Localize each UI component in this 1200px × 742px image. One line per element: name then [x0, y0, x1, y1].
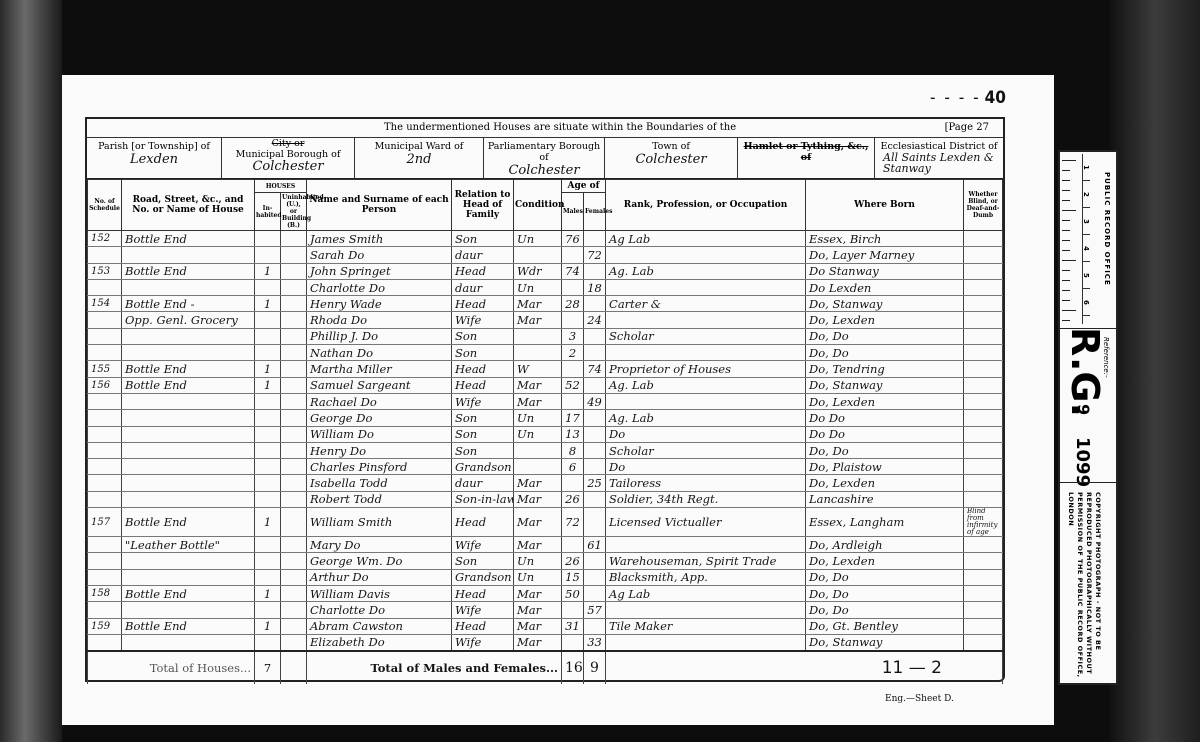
scan-edge-left	[0, 0, 62, 742]
cell-disability	[964, 426, 1003, 442]
cell-relation: Head	[452, 618, 514, 634]
cell-condition: Mar	[514, 537, 562, 553]
census-table: No. of Schedule Road, Street, &c., and N…	[87, 179, 1003, 684]
col-houses: HOUSES	[255, 180, 307, 193]
cell-relation: Head	[452, 377, 514, 393]
table-row: 158Bottle End1William DavisHeadMar50Ag L…	[88, 585, 1003, 601]
cell-male: 17	[562, 410, 584, 426]
cell-condition: W	[514, 361, 562, 377]
cell-name: Rhoda Do	[307, 312, 452, 328]
ruler-tick	[1062, 300, 1070, 301]
cell-relation: Head	[452, 296, 514, 312]
cell-uninhabited	[281, 634, 307, 651]
cell-condition: Mar	[514, 634, 562, 651]
cell-relation: Wife	[452, 537, 514, 553]
cell-male: 28	[562, 296, 584, 312]
cell-address	[122, 475, 255, 491]
ruler-tick	[1062, 220, 1070, 221]
cell-male	[562, 634, 584, 651]
cell-female	[584, 263, 606, 279]
census-form: The undermentioned Houses are situate wi…	[85, 117, 1005, 682]
cell-address	[122, 553, 255, 569]
cell-female: 25	[584, 475, 606, 491]
ruler-scale	[1062, 154, 1083, 324]
cell-male	[562, 247, 584, 263]
cell-inhabited	[255, 328, 281, 344]
col-relation: Relation to Head of Family	[452, 180, 514, 231]
cell-occupation: Scholar	[606, 328, 806, 344]
cell-occupation	[606, 634, 806, 651]
cell-address	[122, 459, 255, 475]
census-rows: 152Bottle EndJames SmithSonUn76Ag LabEss…	[88, 231, 1003, 652]
cell-male: 2	[562, 345, 584, 361]
cell-female: 33	[584, 634, 606, 651]
cell-male: 13	[562, 426, 584, 442]
ruler-cell: 4	[1082, 235, 1090, 262]
cell-uninhabited	[281, 569, 307, 585]
cell-inhabited	[255, 426, 281, 442]
cell-condition: Mar	[514, 312, 562, 328]
table-row: George DoSonUn17Ag. LabDo Do	[88, 410, 1003, 426]
ruler-cm-boxes: 123456	[1082, 154, 1100, 324]
series-number: 9	[1074, 404, 1093, 415]
cell-condition: Mar	[514, 618, 562, 634]
cell-female	[584, 410, 606, 426]
cell-male	[562, 312, 584, 328]
cell-occupation: Proprietor of Houses	[606, 361, 806, 377]
cell-disability	[964, 618, 1003, 634]
cell-female: 72	[584, 247, 606, 263]
table-row: Phillip J. DoSon3ScholarDo, Do	[88, 328, 1003, 344]
cell-born: Do, Do	[806, 328, 964, 344]
cell-male: 3	[562, 328, 584, 344]
cell-male	[562, 393, 584, 409]
cell-address	[122, 328, 255, 344]
reference-strip: 123456 PUBLIC RECORD OFFICE R.G. Referen…	[1058, 150, 1118, 685]
cell-condition: Un	[514, 569, 562, 585]
cell-female	[584, 618, 606, 634]
page-label: [Page 27	[945, 122, 989, 133]
cell-male	[562, 279, 584, 295]
table-row: Arthur DoGrandsonUn15Blacksmith, App.Do,…	[88, 569, 1003, 585]
cell-schedule: 155	[88, 361, 122, 377]
cell-uninhabited	[281, 247, 307, 263]
cell-inhabited	[255, 410, 281, 426]
cell-born: Essex, Langham	[806, 508, 964, 537]
cell-uninhabited	[281, 231, 307, 247]
cell-name: Henry Wade	[307, 296, 452, 312]
cell-relation: Wife	[452, 393, 514, 409]
cell-occupation: Do	[606, 426, 806, 442]
table-row: 155Bottle End1Martha MillerHeadW74Propri…	[88, 361, 1003, 377]
cell-condition: Mar	[514, 475, 562, 491]
cell-inhabited: 1	[255, 618, 281, 634]
col-uninhabited: Uninhabited (U.), or Building (B.)	[281, 193, 307, 231]
col-condition: Condition	[514, 180, 562, 231]
cell-born: Do, Do	[806, 345, 964, 361]
cell-uninhabited	[281, 553, 307, 569]
boundary-parish: Parish [or Township] of Lexden	[87, 138, 222, 178]
cell-female: 18	[584, 279, 606, 295]
cell-inhabited	[255, 569, 281, 585]
ruler-tick	[1062, 180, 1070, 181]
ruler-tick	[1062, 210, 1076, 211]
form-title-row: The undermentioned Houses are situate wi…	[87, 119, 1003, 138]
cell-condition: Mar	[514, 377, 562, 393]
cell-inhabited	[255, 442, 281, 458]
table-row: 153Bottle End1John SpringetHeadWdr74Ag. …	[88, 263, 1003, 279]
cell-relation: daur	[452, 247, 514, 263]
cell-disability	[964, 475, 1003, 491]
cell-inhabited: 1	[255, 508, 281, 537]
cell-name: Charlotte Do	[307, 279, 452, 295]
cell-inhabited	[255, 475, 281, 491]
cell-condition	[514, 328, 562, 344]
col-males: Males	[562, 193, 584, 231]
cell-female	[584, 508, 606, 537]
ruler-cell: 3	[1082, 208, 1090, 235]
cell-disability	[964, 537, 1003, 553]
table-row: 154Bottle End -1Henry WadeHeadMar28Carte…	[88, 296, 1003, 312]
cell-disability	[964, 312, 1003, 328]
table-row: "Leather Bottle"Mary DoWifeMar61Do, Ardl…	[88, 537, 1003, 553]
cell-address: Bottle End	[122, 231, 255, 247]
ruler-tick	[1062, 250, 1070, 251]
cell-name: Abram Cawston	[307, 618, 452, 634]
public-record-office-label: PUBLIC RECORD OFFICE	[1103, 172, 1111, 286]
ruler-tick	[1062, 160, 1076, 161]
cell-born: Do Do	[806, 410, 964, 426]
cell-address: Bottle End -	[122, 296, 255, 312]
cell-name: Phillip J. Do	[307, 328, 452, 344]
cell-born: Do, Tendring	[806, 361, 964, 377]
cell-inhabited	[255, 312, 281, 328]
cell-occupation: Tailoress	[606, 475, 806, 491]
cell-born: Do, Plaistow	[806, 459, 964, 475]
ruler-cell: 2	[1082, 181, 1090, 208]
cell-condition: Un	[514, 279, 562, 295]
cell-disability	[964, 410, 1003, 426]
col-schedule: No. of Schedule	[88, 180, 122, 231]
cell-name: Mary Do	[307, 537, 452, 553]
ruler-tick	[1062, 270, 1070, 271]
total-persons-label: Total of Males and Females...	[307, 651, 562, 684]
cell-condition: Mar	[514, 296, 562, 312]
header-statement: The undermentioned Houses are situate wi…	[384, 122, 736, 133]
sheet-footer: Eng.—Sheet D.	[885, 694, 954, 704]
cell-occupation: Do	[606, 459, 806, 475]
cell-schedule	[88, 491, 122, 507]
cell-disability	[964, 247, 1003, 263]
cell-male: 50	[562, 585, 584, 601]
cell-condition	[514, 247, 562, 263]
cell-relation: Wife	[452, 634, 514, 651]
ruler-tick	[1062, 200, 1070, 201]
cell-uninhabited	[281, 475, 307, 491]
cell-occupation: Blacksmith, App.	[606, 569, 806, 585]
cell-name: Sarah Do	[307, 247, 452, 263]
cell-male: 52	[562, 377, 584, 393]
cell-address	[122, 602, 255, 618]
cell-schedule	[88, 553, 122, 569]
totals-row: Total of Houses... 7 Total of Males and …	[88, 651, 1003, 684]
cell-female: 49	[584, 393, 606, 409]
column-header-row: No. of Schedule Road, Street, &c., and N…	[88, 180, 1003, 193]
cell-address	[122, 442, 255, 458]
cell-schedule	[88, 634, 122, 651]
cell-occupation	[606, 393, 806, 409]
cell-inhabited	[255, 553, 281, 569]
col-age: Age of	[562, 180, 606, 193]
cell-occupation: Ag Lab	[606, 231, 806, 247]
cell-uninhabited	[281, 602, 307, 618]
cell-condition: Mar	[514, 491, 562, 507]
cell-disability	[964, 263, 1003, 279]
boundary-hamlet: Hamlet or Tything, &c., of	[738, 138, 875, 178]
cell-occupation	[606, 537, 806, 553]
cell-inhabited	[255, 491, 281, 507]
cell-schedule	[88, 537, 122, 553]
copyright-notice: COPYRIGHT PHOTOGRAPH - NOT TO BE REPRODU…	[1066, 492, 1102, 683]
col-occupation: Rank, Profession, or Occupation	[606, 180, 806, 231]
ruler-tick	[1062, 170, 1070, 171]
cell-disability	[964, 345, 1003, 361]
cell-inhabited	[255, 602, 281, 618]
cell-female	[584, 328, 606, 344]
boundary-municipal-ward: Municipal Ward of 2nd	[355, 138, 484, 178]
cell-male: 31	[562, 618, 584, 634]
cell-relation: Son	[452, 410, 514, 426]
cell-schedule: 159	[88, 618, 122, 634]
cell-uninhabited	[281, 279, 307, 295]
cell-name: John Springet	[307, 263, 452, 279]
cell-disability	[964, 328, 1003, 344]
cell-uninhabited	[281, 377, 307, 393]
cell-schedule	[88, 247, 122, 263]
cell-born: Do, Ardleigh	[806, 537, 964, 553]
cell-inhabited	[255, 279, 281, 295]
cell-address: Bottle End	[122, 618, 255, 634]
ruler-tick	[1062, 280, 1070, 281]
total-males: 16	[562, 651, 584, 684]
cell-relation: Head	[452, 361, 514, 377]
col-females: Females	[584, 193, 606, 231]
cell-address: Bottle End	[122, 377, 255, 393]
cell-inhabited: 1	[255, 585, 281, 601]
ruler-cell: 1	[1082, 154, 1090, 181]
cell-inhabited	[255, 247, 281, 263]
cell-condition: Un	[514, 426, 562, 442]
table-row: Charlotte DoWifeMar57Do, Do	[88, 602, 1003, 618]
total-houses-value: 7	[255, 651, 281, 684]
cell-disability: Blind from infirmity of age	[964, 508, 1003, 537]
cell-occupation: Licensed Victualler	[606, 508, 806, 537]
cell-name: Isabella Todd	[307, 475, 452, 491]
cell-name: Charlotte Do	[307, 602, 452, 618]
col-inhabited: In-habited	[255, 193, 281, 231]
col-disability: Whether Blind, or Deaf-and-Dumb	[964, 180, 1003, 231]
table-row: George Wm. DoSonUn26Warehouseman, Spirit…	[88, 553, 1003, 569]
cell-uninhabited	[281, 328, 307, 344]
cell-address: Bottle End	[122, 263, 255, 279]
cell-occupation: Warehouseman, Spirit Trade	[606, 553, 806, 569]
cell-female	[584, 426, 606, 442]
table-row: 156Bottle End1Samuel SargeantHeadMar52Ag…	[88, 377, 1003, 393]
cell-name: Martha Miller	[307, 361, 452, 377]
cell-schedule	[88, 602, 122, 618]
cell-relation: Son	[452, 553, 514, 569]
cell-address: Opp. Genl. Grocery	[122, 312, 255, 328]
ruler-tick	[1062, 320, 1070, 321]
cell-male	[562, 602, 584, 618]
cell-male	[562, 537, 584, 553]
cell-inhabited: 1	[255, 361, 281, 377]
cell-female: 74	[584, 361, 606, 377]
cell-uninhabited	[281, 296, 307, 312]
cell-condition	[514, 345, 562, 361]
cell-disability	[964, 553, 1003, 569]
cell-inhabited	[255, 537, 281, 553]
cell-inhabited: 1	[255, 263, 281, 279]
total-females: 9	[584, 651, 606, 684]
cell-condition: Mar	[514, 393, 562, 409]
cell-name: James Smith	[307, 231, 452, 247]
cell-born: Essex, Birch	[806, 231, 964, 247]
cell-inhabited: 1	[255, 296, 281, 312]
boundary-ecclesiastical-district: Ecclesiastical District of All Saints Le…	[875, 138, 1003, 178]
cell-occupation	[606, 247, 806, 263]
cell-disability	[964, 459, 1003, 475]
cell-name: William Do	[307, 426, 452, 442]
cell-female: 61	[584, 537, 606, 553]
cell-name: Rachael Do	[307, 393, 452, 409]
cell-name: Charles Pinsford	[307, 459, 452, 475]
table-row: Elizabeth DoWifeMar33Do, Stanway	[88, 634, 1003, 651]
cell-occupation	[606, 279, 806, 295]
cell-relation: Son	[452, 345, 514, 361]
cell-relation: Son-in-law	[452, 491, 514, 507]
cell-born: Do, Lexden	[806, 393, 964, 409]
cell-relation: daur	[452, 475, 514, 491]
cell-uninhabited	[281, 537, 307, 553]
cell-female	[584, 377, 606, 393]
table-row: Henry DoSon8ScholarDo, Do	[88, 442, 1003, 458]
cell-occupation	[606, 312, 806, 328]
cell-born: Do Lexden	[806, 279, 964, 295]
cell-relation: Son	[452, 231, 514, 247]
cell-relation: Wife	[452, 312, 514, 328]
cell-name: Nathan Do	[307, 345, 452, 361]
cell-born: Lancashire	[806, 491, 964, 507]
cell-male: 8	[562, 442, 584, 458]
cell-address: Bottle End	[122, 585, 255, 601]
cell-relation: daur	[452, 279, 514, 295]
cell-born: Do, Gt. Bentley	[806, 618, 964, 634]
table-row: Nathan DoSon2Do, Do	[88, 345, 1003, 361]
table-row: 152Bottle EndJames SmithSonUn76Ag LabEss…	[88, 231, 1003, 247]
cell-male: 72	[562, 508, 584, 537]
cell-address	[122, 491, 255, 507]
cell-schedule	[88, 426, 122, 442]
cell-disability	[964, 602, 1003, 618]
cell-occupation	[606, 602, 806, 618]
cell-disability	[964, 361, 1003, 377]
cell-female	[584, 585, 606, 601]
piece-number: 1099	[1072, 437, 1093, 487]
cell-schedule	[88, 393, 122, 409]
cell-relation: Head	[452, 585, 514, 601]
cell-address: Bottle End	[122, 361, 255, 377]
cell-uninhabited	[281, 618, 307, 634]
cell-female	[584, 345, 606, 361]
cell-schedule	[88, 279, 122, 295]
cell-female	[584, 442, 606, 458]
cell-schedule: 158	[88, 585, 122, 601]
cell-address	[122, 426, 255, 442]
col-where-born: Where Born	[806, 180, 964, 231]
cell-name: Samuel Sargeant	[307, 377, 452, 393]
table-row: Charles PinsfordGrandson6DoDo, Plaistow	[88, 459, 1003, 475]
cell-condition: Mar	[514, 602, 562, 618]
ruler-tick	[1062, 260, 1076, 261]
cell-schedule	[88, 328, 122, 344]
cell-name: Elizabeth Do	[307, 634, 452, 651]
ruler-cell: 5	[1082, 262, 1090, 289]
cell-name: Henry Do	[307, 442, 452, 458]
table-row: Robert ToddSon-in-lawMar26Soldier, 34th …	[88, 491, 1003, 507]
cell-born: Do, Layer Marney	[806, 247, 964, 263]
cell-inhabited: 1	[255, 377, 281, 393]
cell-schedule	[88, 410, 122, 426]
cell-male: 74	[562, 263, 584, 279]
cell-name: George Do	[307, 410, 452, 426]
cell-born: Do, Stanway	[806, 634, 964, 651]
cell-female: 24	[584, 312, 606, 328]
cell-schedule	[88, 569, 122, 585]
total-houses-label: Total of Houses...	[88, 651, 255, 684]
cell-male	[562, 361, 584, 377]
cell-relation: Head	[452, 263, 514, 279]
cell-female	[584, 553, 606, 569]
cell-condition: Un	[514, 231, 562, 247]
table-row: Rachael DoWifeMar49Do, Lexden	[88, 393, 1003, 409]
cell-relation: Son	[452, 442, 514, 458]
cell-occupation: Tile Maker	[606, 618, 806, 634]
cell-uninhabited	[281, 459, 307, 475]
cell-schedule: 156	[88, 377, 122, 393]
ruler-tick	[1062, 290, 1070, 291]
cell-born: Do, Lexden	[806, 475, 964, 491]
cell-male: 76	[562, 231, 584, 247]
cell-female	[584, 231, 606, 247]
cell-condition	[514, 442, 562, 458]
cell-uninhabited	[281, 345, 307, 361]
cell-name: William Davis	[307, 585, 452, 601]
folio-number: - - - -40	[930, 88, 1006, 108]
cell-address	[122, 247, 255, 263]
cell-uninhabited	[281, 585, 307, 601]
cell-born: Do, Lexden	[806, 312, 964, 328]
cell-disability	[964, 231, 1003, 247]
cell-male	[562, 475, 584, 491]
cell-inhabited	[255, 634, 281, 651]
cell-disability	[964, 279, 1003, 295]
cell-born: Do, Lexden	[806, 553, 964, 569]
table-row: Opp. Genl. GroceryRhoda DoWifeMar24Do, L…	[88, 312, 1003, 328]
cell-male: 6	[562, 459, 584, 475]
cell-uninhabited	[281, 491, 307, 507]
cell-schedule	[88, 442, 122, 458]
